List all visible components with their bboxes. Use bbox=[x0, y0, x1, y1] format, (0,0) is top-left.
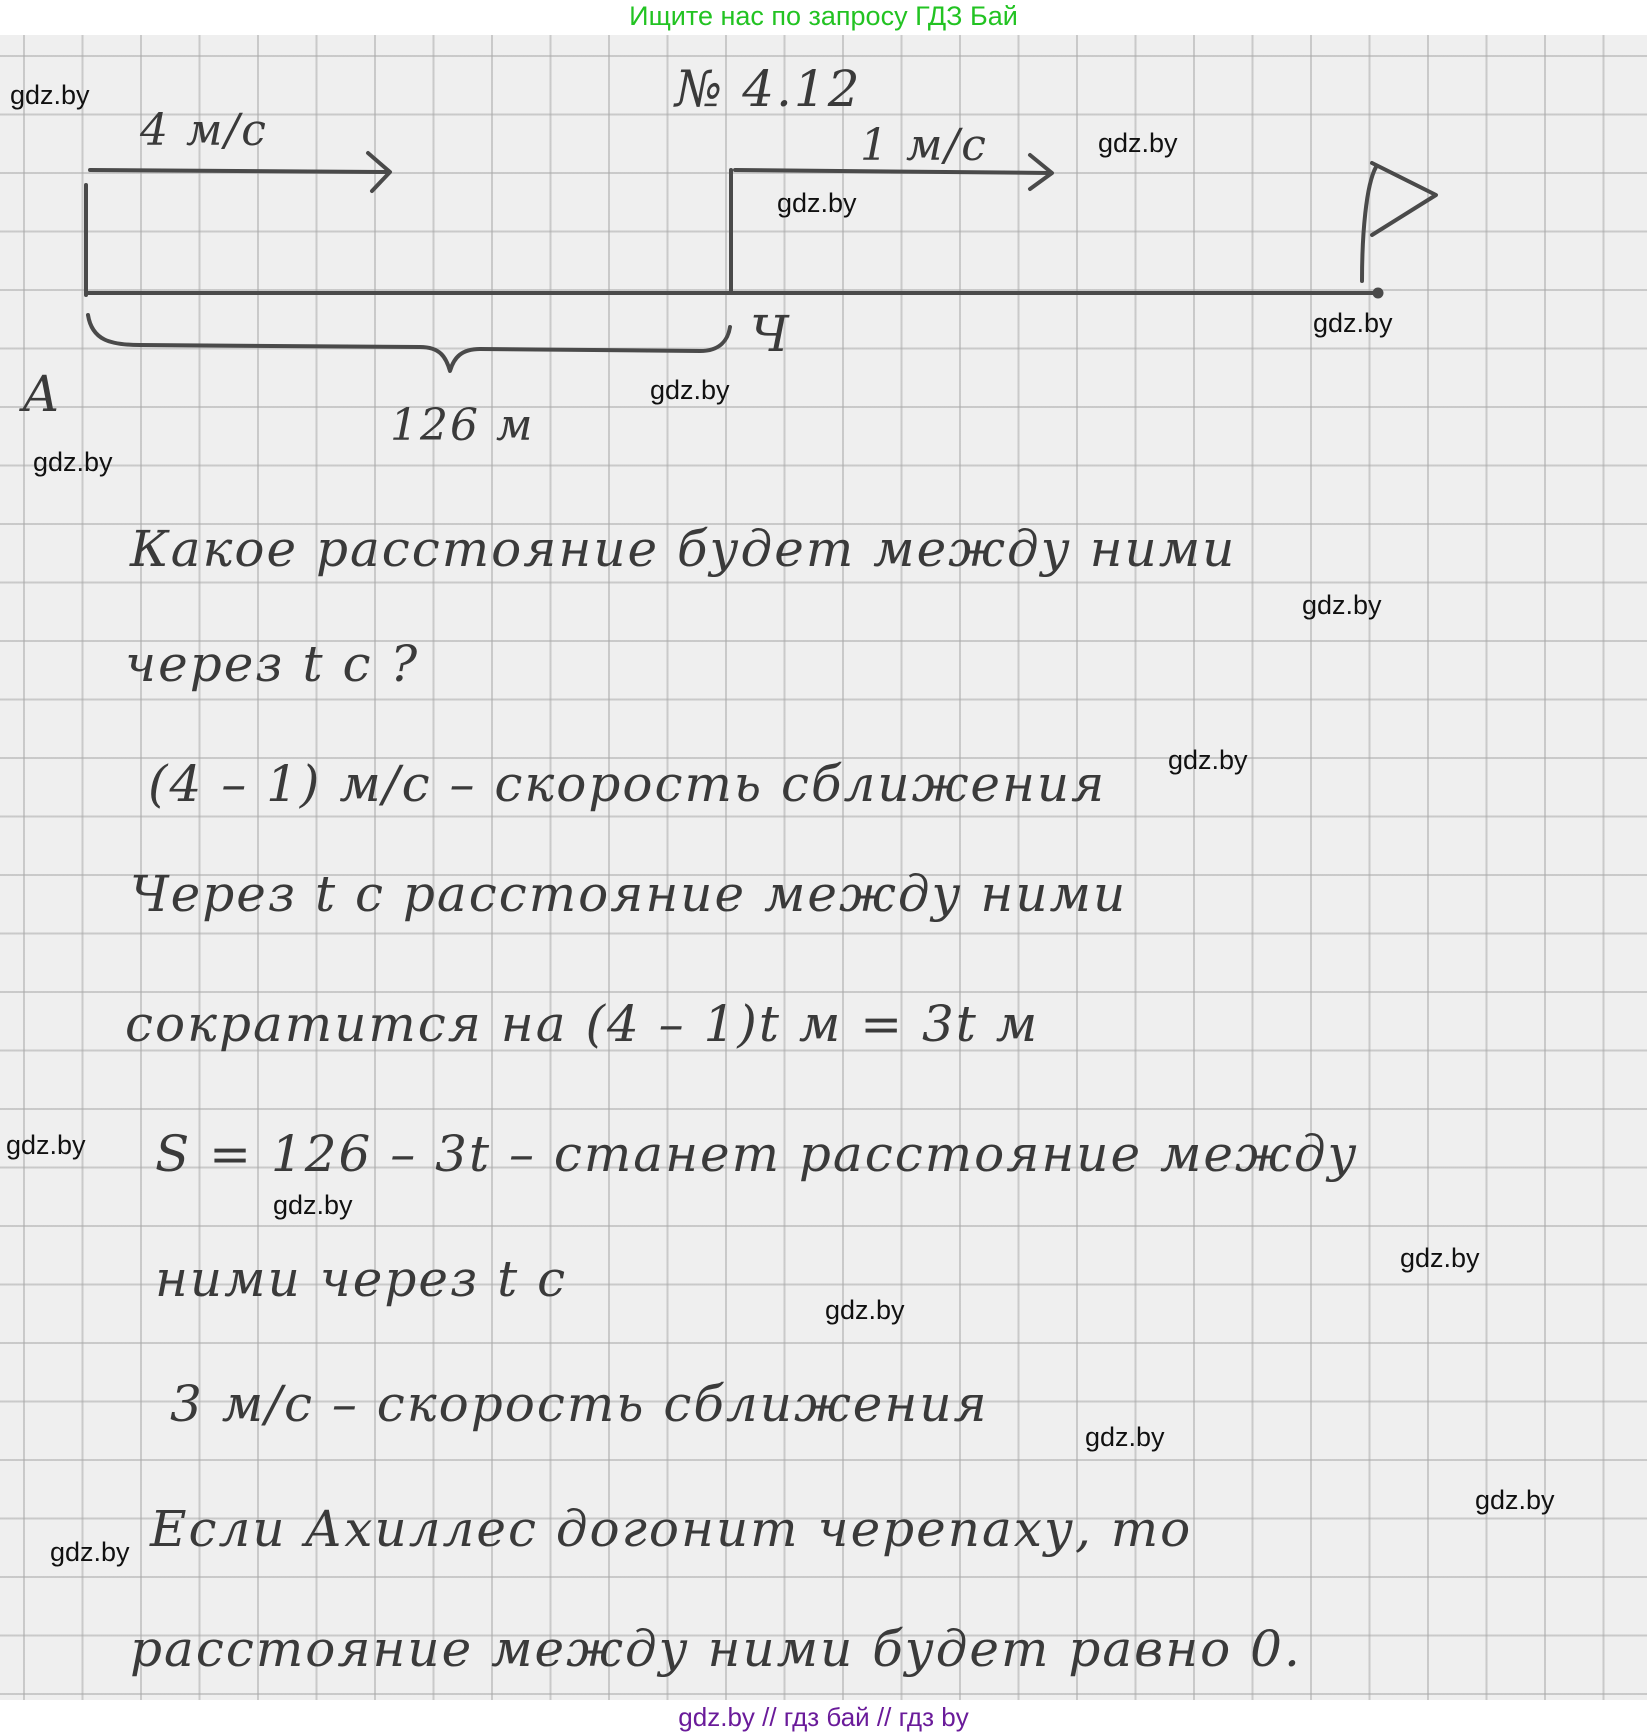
watermark: gdz.by bbox=[1168, 745, 1248, 776]
text-line-1: Какое расстояние будет между ними bbox=[130, 520, 1236, 578]
notebook-page: № 4.12 4 м/с 1 м/с А Ч 126 м Какое расст… bbox=[0, 35, 1647, 1700]
arrow-right-icon bbox=[90, 170, 388, 172]
footer-links: gdz.by // гдз бай // гдз by bbox=[0, 1700, 1647, 1734]
text-line-7: ними через t с bbox=[155, 1250, 567, 1308]
watermark: gdz.by bbox=[650, 375, 730, 406]
text-line-3: (4 – 1) м/с – скорость сближения bbox=[148, 755, 1106, 813]
watermark: gdz.by bbox=[1475, 1485, 1555, 1516]
text-line-10: расстояние между ними будет равно 0. bbox=[130, 1620, 1302, 1678]
point-label-turtle: Ч bbox=[750, 305, 791, 363]
brace-icon bbox=[88, 315, 730, 371]
watermark: gdz.by bbox=[6, 1130, 86, 1161]
text-line-8: 3 м/с – скорость сближения bbox=[170, 1375, 989, 1433]
text-line-6: S = 126 – 3t – станет расстояние между bbox=[155, 1125, 1359, 1183]
point-label-a: А bbox=[22, 365, 62, 423]
distance-label: 126 м bbox=[390, 400, 534, 451]
flag-icon bbox=[1362, 167, 1376, 281]
watermark: gdz.by bbox=[825, 1295, 905, 1326]
watermark: gdz.by bbox=[1313, 308, 1393, 339]
watermark: gdz.by bbox=[1400, 1243, 1480, 1274]
watermark: gdz.by bbox=[1085, 1422, 1165, 1453]
speed-label-a: 4 м/с bbox=[140, 105, 268, 156]
watermark: gdz.by bbox=[10, 80, 90, 111]
problem-number: № 4.12 bbox=[675, 60, 862, 118]
search-banner: Ищите нас по запросу ГДЗ Бай bbox=[0, 0, 1647, 35]
watermark: gdz.by bbox=[50, 1537, 130, 1568]
watermark: gdz.by bbox=[33, 447, 113, 478]
text-line-2: через t с ? bbox=[125, 635, 419, 693]
flag-cloth-icon bbox=[1372, 163, 1436, 235]
watermark: gdz.by bbox=[1098, 128, 1178, 159]
speed-label-b: 1 м/с bbox=[860, 120, 988, 171]
watermark: gdz.by bbox=[777, 188, 857, 219]
watermark: gdz.by bbox=[273, 1190, 353, 1221]
watermark: gdz.by bbox=[1302, 590, 1382, 621]
text-line-5: сократится на (4 – 1)t м = 3t м bbox=[125, 995, 1039, 1053]
text-line-9: Если Ахиллес догонит черепаху, то bbox=[150, 1500, 1192, 1558]
text-line-4: Через t с расстояние между ними bbox=[130, 865, 1127, 923]
